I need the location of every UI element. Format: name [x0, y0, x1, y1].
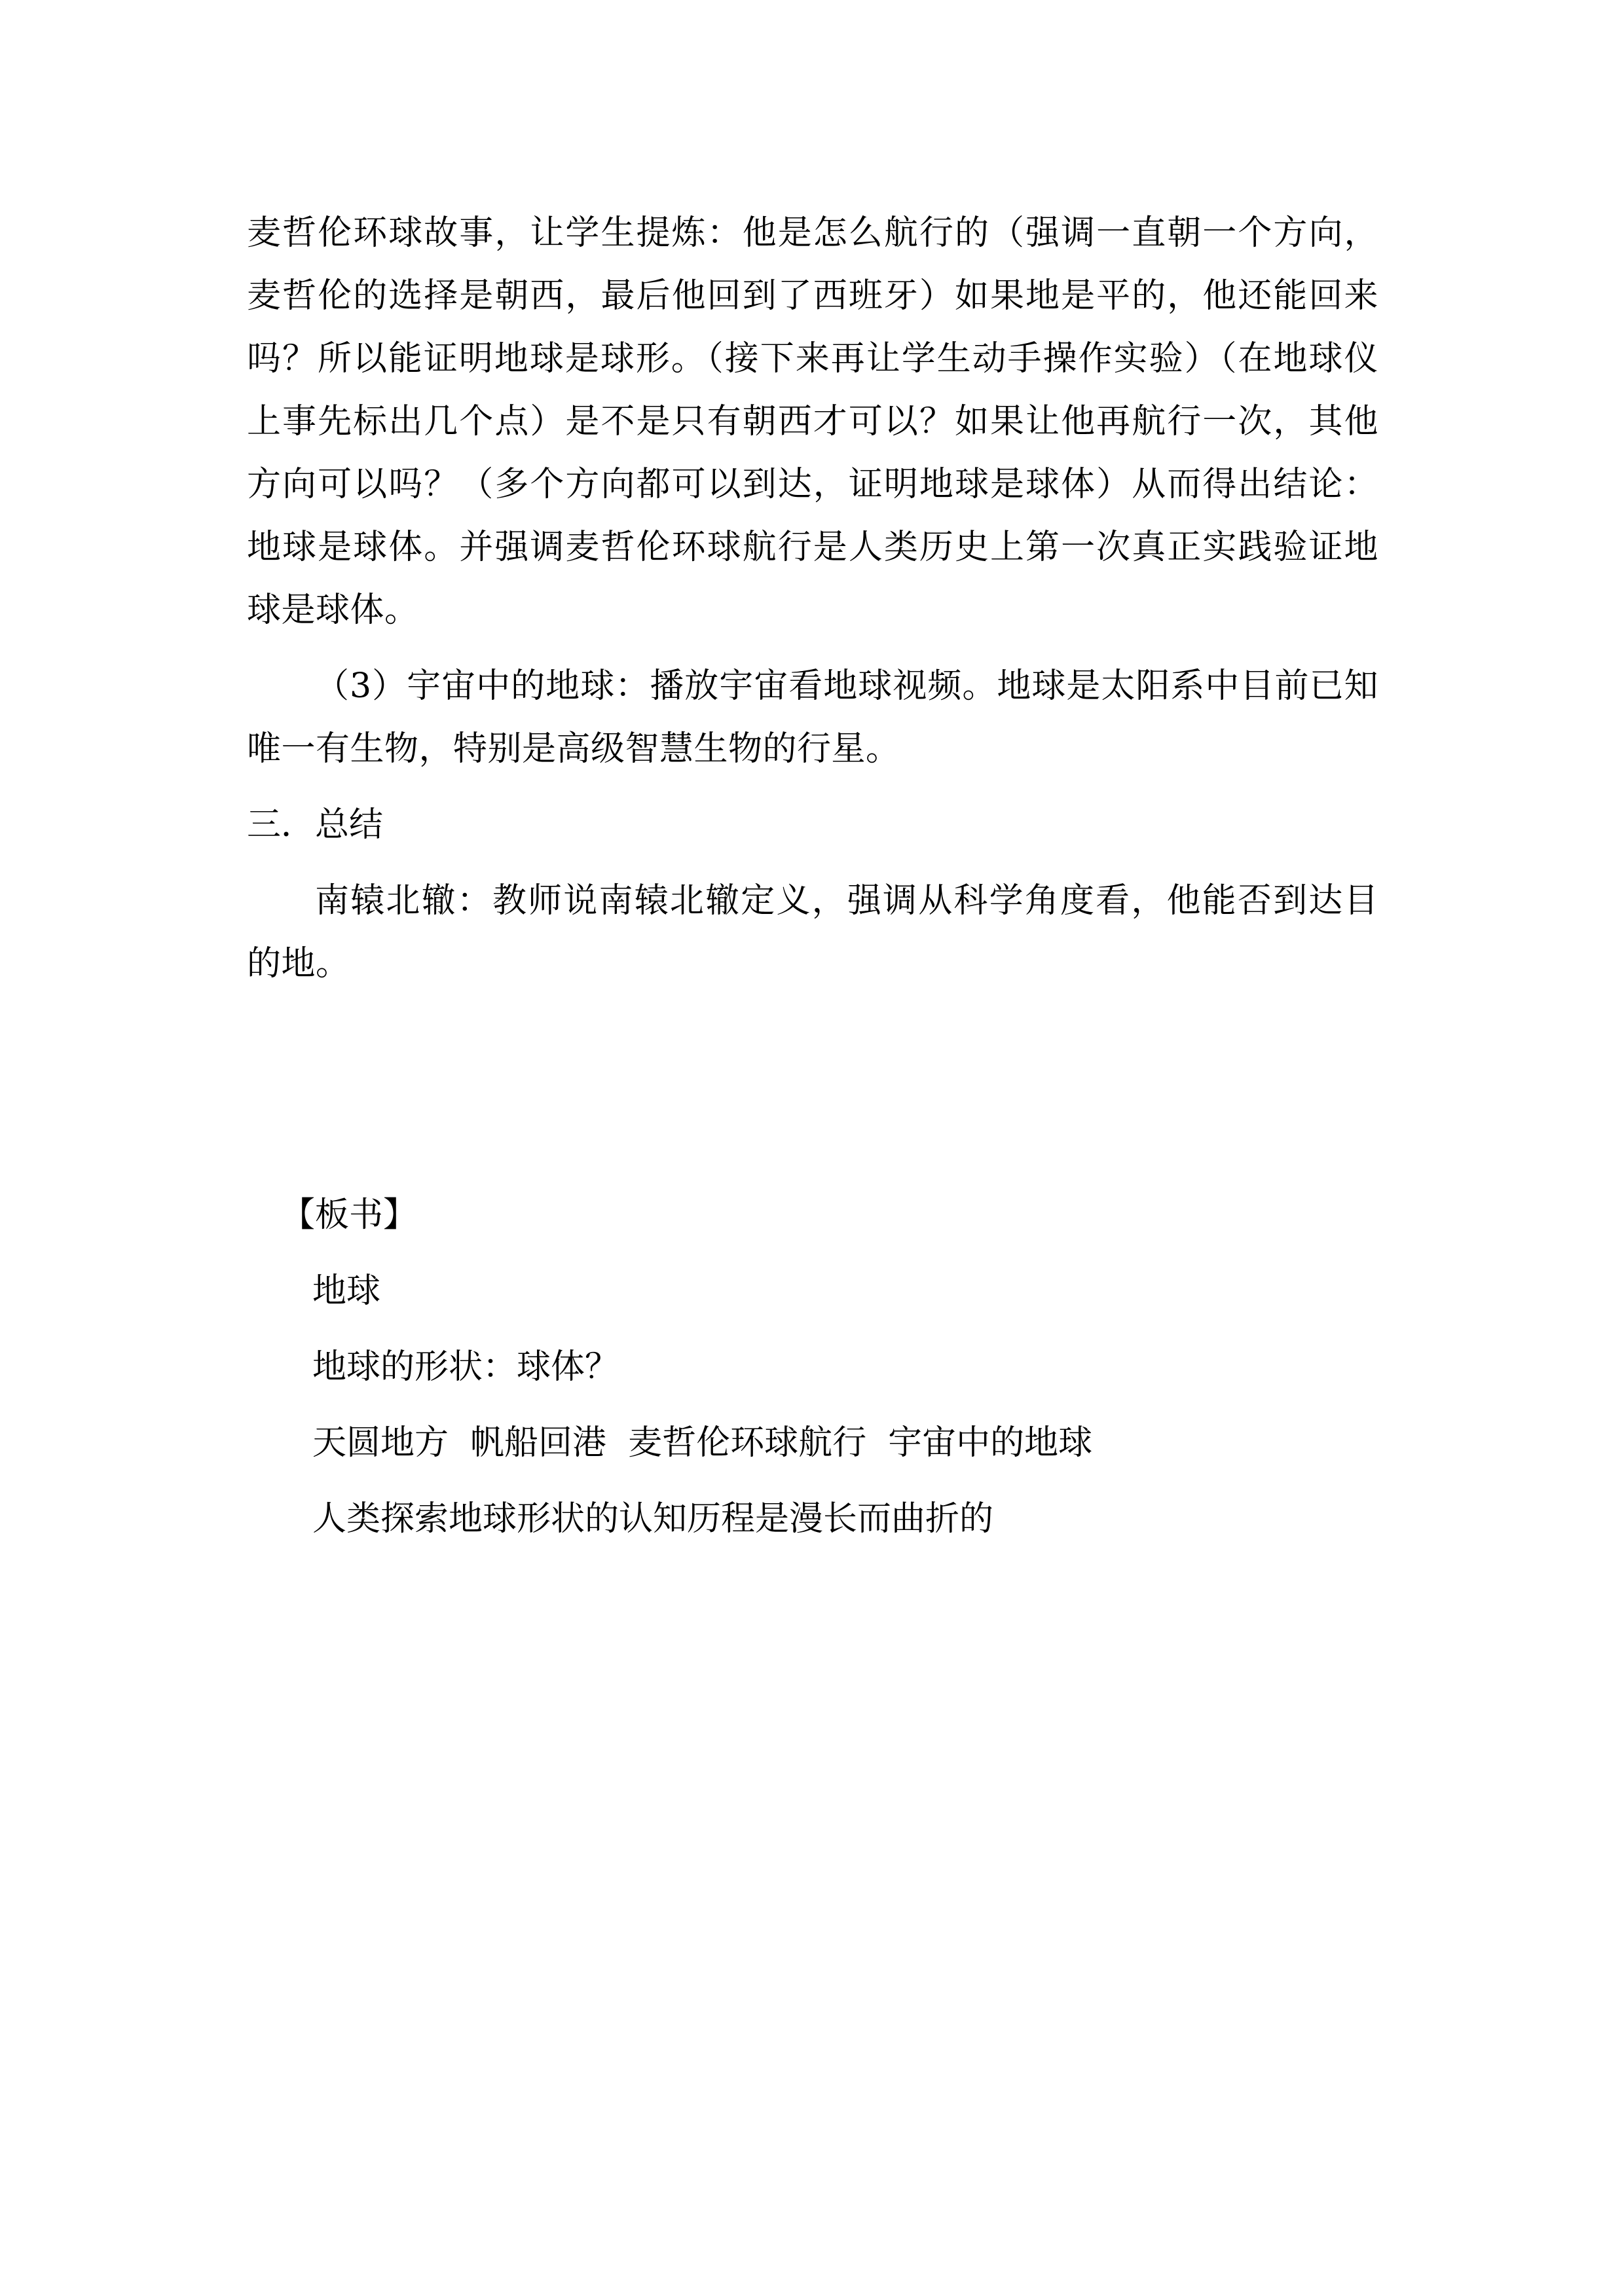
document-body: 麦哲伦环球故事，让学生提炼：他是怎么航行的（强调一直朝一个方向，麦哲伦的选择是朝…	[247, 202, 1378, 995]
section-heading-summary: 三．总结	[247, 793, 1378, 856]
board-notes: 【板书】 地球 地球的形状：球体？ 天圆地方 帆船回港 麦哲伦环球航行 宇宙中的…	[286, 1184, 1334, 1563]
board-notes-title: 【板书】	[281, 1184, 1334, 1247]
board-line-conclusion: 人类探索地球形状的认知历程是漫长而曲折的	[312, 1487, 1334, 1550]
summary-paragraph: 南辕北辙：教师说南辕北辙定义，强调从科学角度看，他能否到达目的地。	[247, 869, 1378, 995]
earth-in-universe-paragraph: （3）宇宙中的地球：播放宇宙看地球视频。地球是太阳系中目前已知唯一有生物，特别是…	[247, 655, 1378, 780]
board-line-topic: 地球	[312, 1260, 1334, 1322]
magellan-paragraph: 麦哲伦环球故事，让学生提炼：他是怎么航行的（强调一直朝一个方向，麦哲伦的选择是朝…	[247, 202, 1378, 642]
board-line-evidence: 天圆地方 帆船回港 麦哲伦环球航行 宇宙中的地球	[312, 1412, 1334, 1474]
board-line-shape: 地球的形状：球体？	[312, 1336, 1334, 1398]
